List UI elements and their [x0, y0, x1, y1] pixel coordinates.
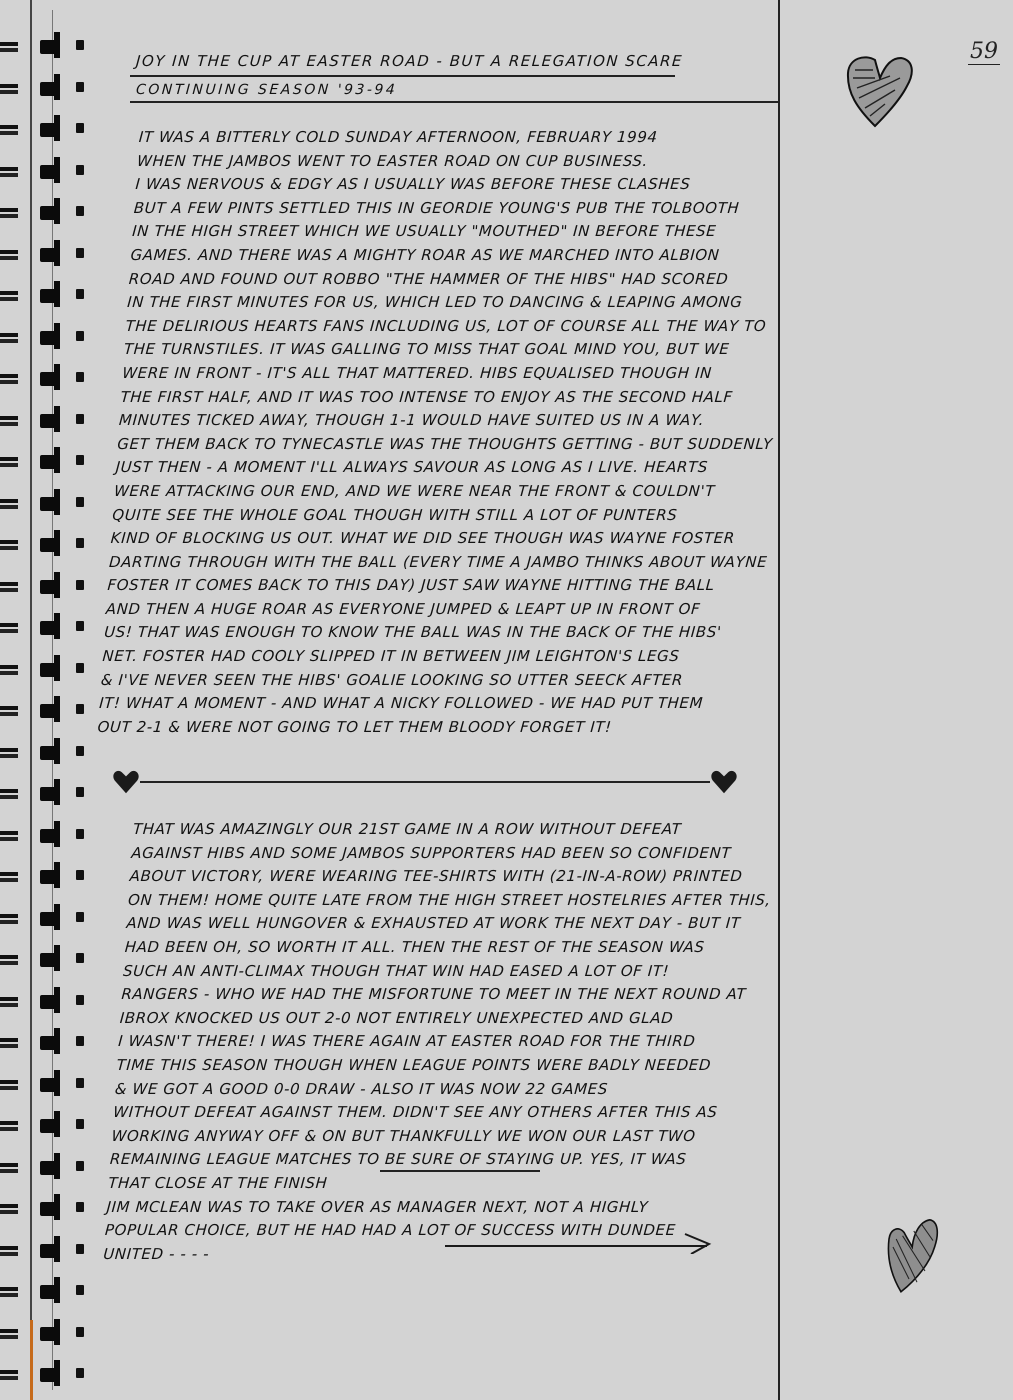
text-line: the turnstiles. It was galling to miss t…	[123, 340, 783, 364]
text-line: kind of blocking us out. What we did see…	[110, 529, 770, 553]
section-divider	[140, 781, 710, 783]
text-line: Get them back to Tynecastle was the thou…	[116, 435, 776, 459]
text-line: on them! Home quite late from the High S…	[127, 891, 771, 915]
text-line: in the High Street which we usually "mou…	[131, 222, 791, 246]
finish-dash-line	[380, 1170, 540, 1172]
spiral-coil	[0, 1325, 90, 1345]
spiral-coil	[0, 370, 90, 390]
page-subtitle: Continuing Season '93-94	[135, 82, 397, 98]
spiral-coil	[0, 287, 90, 307]
text-line: darting through with the ball (every tim…	[108, 553, 768, 577]
heart-icon	[878, 1215, 948, 1295]
text-line: That was amazingly our 21st game in a ro…	[132, 820, 776, 844]
text-line: & we got a good 0-0 draw - also it was n…	[114, 1080, 758, 1104]
spiral-coil	[0, 453, 90, 473]
spiral-coil	[0, 1200, 90, 1220]
text-line: it! What a moment - and what a nicky fol…	[98, 694, 758, 718]
text-line: Foster it comes back to this day) just s…	[106, 576, 766, 600]
page-number: 59	[968, 40, 1000, 65]
spiral-coil	[0, 1034, 90, 1054]
text-line: games. And there was a mighty roar as we…	[130, 246, 790, 270]
text-line: and then a huge roar as everyone jumped …	[105, 600, 765, 624]
paragraph-1: It was a bitterly cold Sunday afternoon,…	[97, 128, 798, 741]
text-line: when the Jambos went to Easter Road on C…	[136, 152, 796, 176]
spiral-coil	[0, 702, 90, 722]
spiral-coil	[0, 80, 90, 100]
text-line: Ibrox knocked us out 2-0 not entirely un…	[119, 1009, 763, 1033]
page-title: Joy in the Cup at Easter Road - But a Re…	[135, 52, 683, 70]
text-line: Rangers - who we had the misfortune to m…	[120, 985, 764, 1009]
text-line: that close at the finish	[107, 1174, 751, 1198]
title-underline-2	[130, 101, 780, 103]
spiral-binding	[0, 0, 100, 1400]
spiral-coil	[0, 827, 90, 847]
heart-icon	[112, 768, 140, 796]
text-line: Road and found out Robbo "The Hammer of …	[128, 270, 788, 294]
text-line: working anyway off & on but thankfully w…	[111, 1127, 755, 1151]
spiral-coil	[0, 1366, 90, 1386]
spiral-coil	[0, 951, 90, 971]
text-line: the first half, and it was too intense t…	[120, 388, 780, 412]
paragraph-2: That was amazingly our 21st game in a ro…	[102, 820, 776, 1268]
text-line: and was well hungover & exhausted at wor…	[125, 914, 769, 938]
text-line: had been oh, so worth it all. Then the r…	[124, 938, 768, 962]
notebook-page: Joy in the Cup at Easter Road - But a Re…	[0, 0, 1013, 1400]
spiral-coil	[0, 1159, 90, 1179]
spiral-coil	[0, 868, 90, 888]
text-line: were attacking our end, and we were near…	[113, 482, 773, 506]
spiral-coil	[0, 744, 90, 764]
text-line: without defeat against them. Didn't see …	[112, 1103, 756, 1127]
spiral-coil	[0, 204, 90, 224]
text-line: time this season though when league poin…	[116, 1056, 760, 1080]
spiral-coil	[0, 578, 90, 598]
heart-icon	[710, 768, 738, 796]
spiral-coil	[0, 329, 90, 349]
spiral-coil	[0, 785, 90, 805]
text-line: minutes ticked away, though 1-1 would ha…	[118, 411, 778, 435]
spiral-coil	[0, 1117, 90, 1137]
spiral-coil	[0, 661, 90, 681]
spiral-coil	[0, 163, 90, 183]
spiral-coil	[0, 246, 90, 266]
text-line: & I've never seen the Hibs' goalie looki…	[100, 671, 760, 695]
spiral-coil	[0, 536, 90, 556]
text-line: us! That was enough to know the ball was…	[103, 623, 763, 647]
title-underline-1	[130, 75, 675, 77]
spiral-coil	[0, 619, 90, 639]
text-line: net. Foster had cooly slipped it in betw…	[102, 647, 762, 671]
text-line: the delirious Hearts fans including us, …	[125, 317, 785, 341]
spiral-coil	[0, 1076, 90, 1096]
heart-icon	[845, 48, 915, 128]
spiral-coil	[0, 412, 90, 432]
text-line: about victory, were wearing tee-shirts w…	[129, 867, 773, 891]
right-arrow-icon	[445, 1232, 715, 1254]
text-line: against Hibs and some Jambos supporters …	[130, 844, 774, 868]
text-line: I wasn't there! I was there again at Eas…	[117, 1032, 761, 1056]
text-line: It was a bitterly cold Sunday afternoon,…	[138, 128, 798, 152]
text-line: such an anti-climax though that win had …	[122, 962, 766, 986]
text-line: just then - a moment I'll always savour …	[115, 458, 775, 482]
spiral-coil	[0, 1283, 90, 1303]
text-line: out 2-1 & were not going to let them blo…	[97, 718, 757, 742]
text-line: I was nervous & edgy as I usually was be…	[134, 175, 794, 199]
spiral-coil	[0, 495, 90, 515]
spiral-coil	[0, 121, 90, 141]
text-line: quite see the whole goal though with sti…	[111, 506, 771, 530]
spiral-coil	[0, 38, 90, 58]
spiral-coil	[0, 1242, 90, 1262]
text-line: Jim McLean was to take over as manager n…	[106, 1198, 750, 1222]
spiral-coil	[0, 993, 90, 1013]
text-line: in the first minutes for us, which led t…	[126, 293, 786, 317]
text-line: were in front - it's all that mattered. …	[121, 364, 781, 388]
text-line: but a few pints settled this in Geordie …	[133, 199, 793, 223]
spiral-coil	[0, 910, 90, 930]
